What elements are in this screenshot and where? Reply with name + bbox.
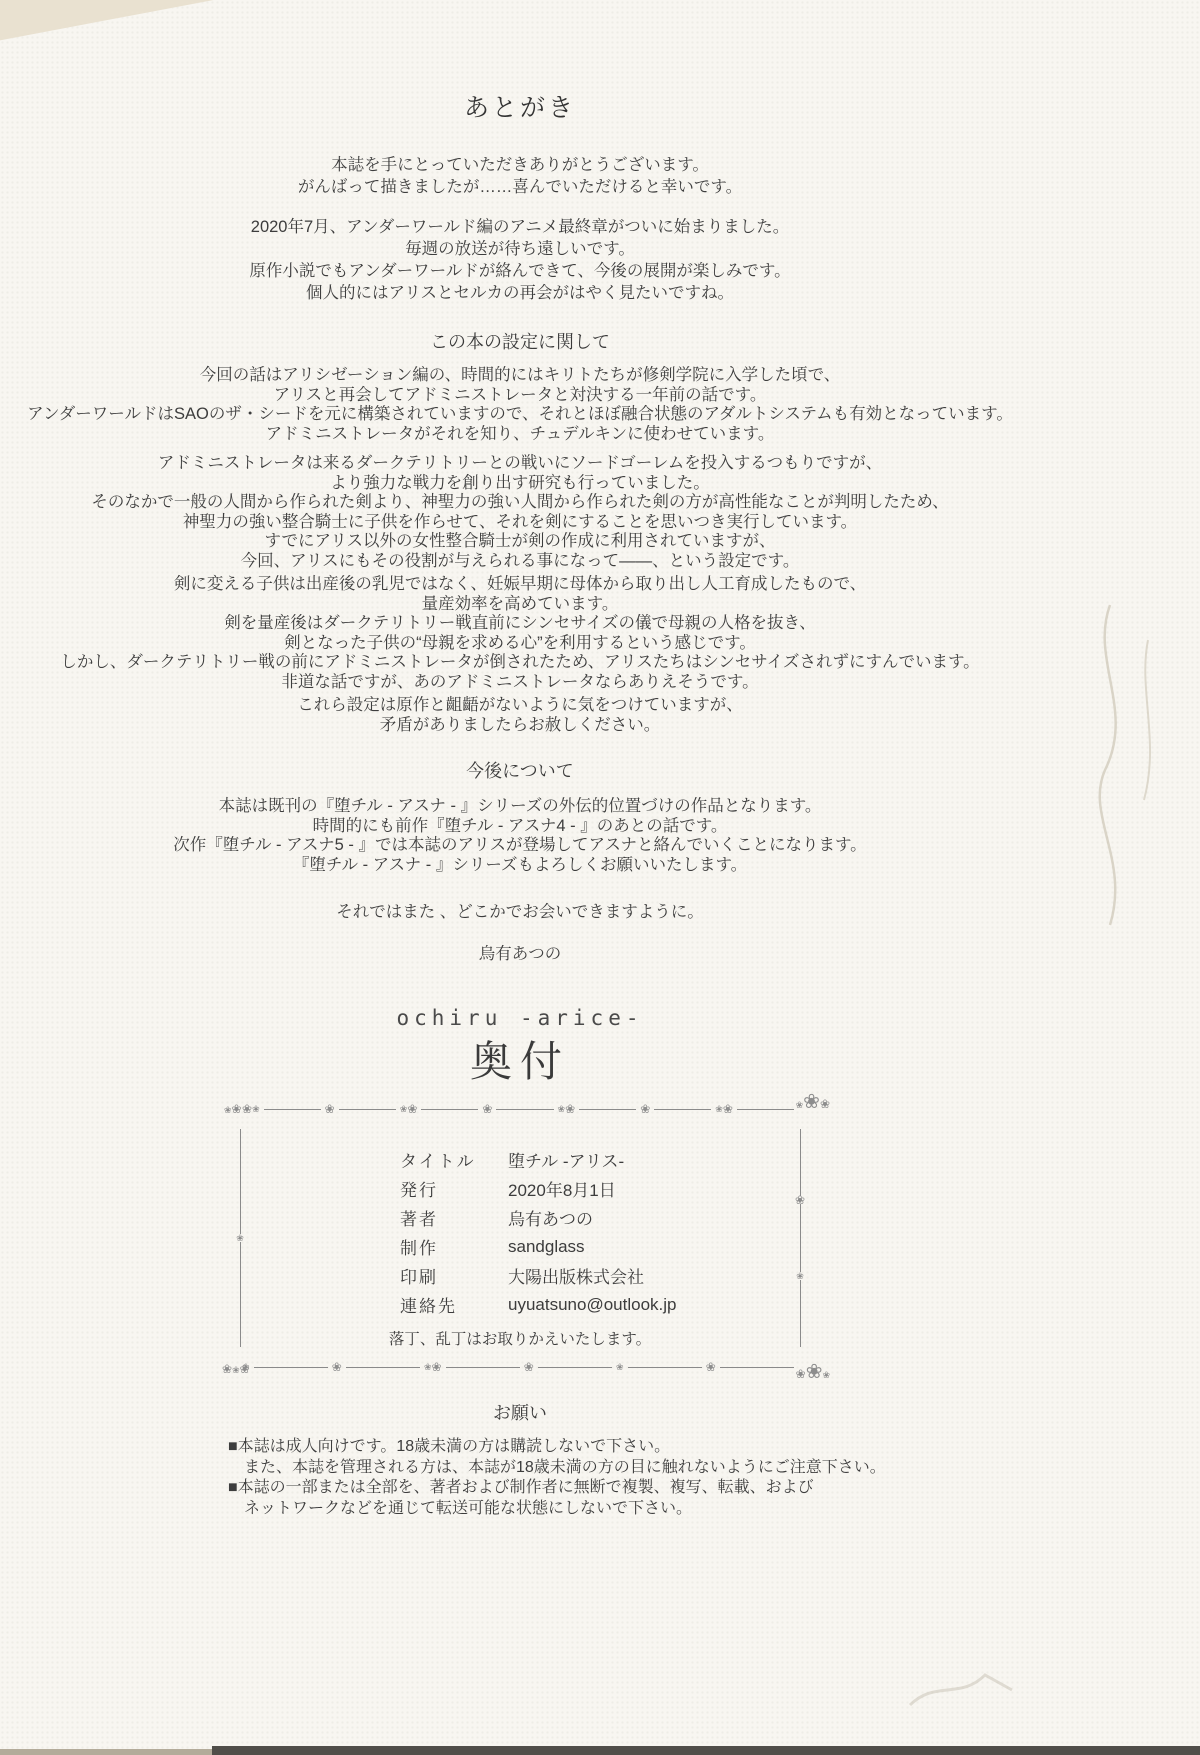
border-line — [446, 1367, 520, 1368]
border-line — [264, 1109, 321, 1110]
notice-heading: お願い — [0, 1399, 1040, 1425]
text-line: アドミニストレータがそれを知り、チュデルキンに使わせています。 — [0, 425, 1040, 445]
border-line — [800, 1204, 801, 1271]
text-line: 『堕チル - アスナ - 』シリーズもよろしくお願いいたします。 — [0, 856, 1040, 876]
future-heading: 今後について — [0, 757, 1040, 783]
text-line: しかし、ダークテリトリー戦の前にアドミニストレータが倒されたため、アリスたちはシ… — [0, 653, 1040, 673]
border-line — [654, 1109, 711, 1110]
colophon-row-label: タイトル — [400, 1147, 508, 1172]
scan-edge-dark-bar — [212, 1746, 1200, 1755]
text-line: アドミニストレータは来るダークテリトリーとの戦いにソードゴーレムを投入するつもり… — [0, 454, 1040, 474]
border-line — [538, 1367, 612, 1368]
text-line: 剣を量産後はダークテリトリー戦直前にシンセサイズの儀で母親の人格を抜き、 — [0, 614, 1040, 634]
colophon-row-value: 2020年8月1日 — [508, 1176, 616, 1201]
text-line: 個人的にはアリスとセルカの再会がはやく見たいですね。 — [0, 282, 1040, 304]
afterword-page-content: あとがき 本誌を手にとっていただきありがとうございます。がんばって描きましたが…… — [0, 0, 1040, 1519]
colophon-row-value: uyuatsuno@outlook.jp — [508, 1295, 676, 1315]
text-line: ネットワークなどを通じて転送可能な状態にしないで下さい。 — [228, 1499, 1040, 1520]
series-latin-title: ochiru -arice- — [0, 1005, 1040, 1031]
afterword-title: あとがき — [0, 88, 1040, 124]
colophon-row: 著者烏有あつの — [400, 1203, 800, 1232]
border-line — [720, 1367, 794, 1368]
notice-list: ■本誌は成人向けです。18歳未満の方は購読しないで下さい。 また、本誌を管理され… — [228, 1437, 1040, 1519]
scan-edge-light-bar — [0, 1749, 212, 1755]
colophon-row: 連絡先uyuatsuno@outlook.jp — [400, 1290, 800, 1319]
colophon-box: ❀❀ ❀ ❀❀ ❀ ❀❀ ❀ ❀❀ ❀ ❀ ❀❀ — [240, 1109, 800, 1367]
settings-heading: この本の設定に関して — [0, 328, 1040, 354]
flower-cluster-top-right: ❀❀❀ — [796, 1095, 830, 1113]
colophon-row-label: 制作 — [400, 1234, 508, 1259]
settings-paragraph-4: これら設定は原作と齟齬がないように気をつけていますが、矛盾がありましたらお赦しく… — [0, 696, 1040, 735]
text-line: 原作小説でもアンダーワールドが絡んできて、今後の展開が楽しみです。 — [0, 260, 1040, 282]
text-line: これら設定は原作と齟齬がないように気をつけていますが、 — [0, 696, 1040, 716]
text-line: また、本誌を管理される方は、本誌が18歳未満の方の目に触れないようにご注意下さい… — [228, 1458, 1040, 1479]
colophon-row-value: 烏有あつの — [508, 1205, 593, 1230]
scanned-page: あとがき 本誌を手にとっていただきありがとうございます。がんばって描きましたが…… — [0, 0, 1200, 1755]
text-line: 剣となった子供の“母親を求める心”を利用するという感じです。 — [0, 634, 1040, 654]
text-line: 今回、アリスにもその役割が与えられる事になって――、という設定です。 — [0, 552, 1040, 572]
text-line: より強力な戦力を創り出す研究も行っていました。 — [0, 474, 1040, 494]
colophon-row-value: sandglass — [508, 1237, 585, 1257]
text-line: 非道な話ですが、あのアドミニストレータならありえそうです。 — [0, 673, 1040, 693]
colophon-row-label: 印刷 — [400, 1263, 508, 1288]
settings-paragraph-3: 剣に変える子供は出産後の乳児ではなく、妊娠早期に母体から取り出し人工育成したもの… — [0, 575, 1040, 692]
text-line: 今回の話はアリシゼーション編の、時間的にはキリトたちが修剣学院に入学した頃で、 — [0, 366, 1040, 386]
border-line — [800, 1129, 801, 1196]
text-line: 神聖力の強い整合騎士に子供を作らせて、それを剣にすることを思いつき実行しています… — [0, 513, 1040, 533]
border-line — [346, 1367, 420, 1368]
flower-cluster-bottom-left: ❀❀❀ — [222, 1360, 250, 1378]
colophon-row: 印刷大陽出版株式会社 — [400, 1261, 800, 1290]
text-line: アンダーワールドはSAOのザ・シードを元に構築されていますので、それとほぼ融合状… — [0, 405, 1040, 425]
text-line: すでにアリス以外の女性整合騎士が剣の作成に利用されていますが、 — [0, 532, 1040, 552]
colophon-row-value: 堕チル -アリス- — [508, 1147, 624, 1172]
colophon-row: 発行2020年8月1日 — [400, 1174, 800, 1203]
colophon-row-label: 連絡先 — [400, 1292, 508, 1317]
border-line — [496, 1109, 553, 1110]
text-line: ■本誌の一部または全部を、著者および制作者に無断で複製、複写、転載、および — [228, 1478, 1040, 1499]
text-line: 矛盾がありましたらお赦しください。 — [0, 716, 1040, 736]
border-line — [800, 1280, 801, 1347]
border-line — [240, 1242, 241, 1347]
text-line: 本誌を手にとっていただきありがとうございます。 — [0, 154, 1040, 176]
anime-paragraph: 2020年7月、アンダーワールド編のアニメ最終章がついに始まりました。毎週の放送… — [0, 216, 1040, 304]
future-paragraph: 本誌は既刊の『堕チル - アスナ - 』シリーズの外伝的位置づけの作品となります… — [0, 797, 1040, 875]
colophon-row: タイトル堕チル -アリス- — [400, 1145, 800, 1174]
flower-cluster-top-left: ❀❀ — [224, 1100, 242, 1118]
text-line: 時間的にも前作『堕チル - アスナ4 - 』のあとの話です。 — [0, 817, 1040, 837]
flower-cluster-bottom-right: ❀❀❀ — [796, 1365, 830, 1383]
border-line — [254, 1367, 328, 1368]
settings-paragraph-2: アドミニストレータは来るダークテリトリーとの戦いにソードゴーレムを投入するつもり… — [0, 454, 1040, 571]
author-signature: 烏有あつの — [0, 943, 1040, 965]
border-line — [421, 1109, 478, 1110]
text-line: 剣に変える子供は出産後の乳児ではなく、妊娠早期に母体から取り出し人工育成したもの… — [0, 575, 1040, 595]
text-line: 次作『堕チル - アスナ5 - 』では本誌のアリスが登場してアスナと絡んでいくこ… — [0, 836, 1040, 856]
text-line: 2020年7月、アンダーワールド編のアニメ最終章がついに始まりました。 — [0, 216, 1040, 238]
text-line: 量産効率を高めています。 — [0, 595, 1040, 615]
colophon-note: 落丁、乱丁はお取りかえいたします。 — [240, 1327, 800, 1349]
border-line — [628, 1367, 702, 1368]
colophon-row-label: 発行 — [400, 1176, 508, 1201]
colophon-table: タイトル堕チル -アリス-発行2020年8月1日著者烏有あつの制作sandgla… — [400, 1145, 800, 1319]
border-line — [339, 1109, 396, 1110]
text-line: がんばって描きましたが……喜んでいただけると幸いです。 — [0, 176, 1040, 198]
settings-paragraph-1: 今回の話はアリシゼーション編の、時間的にはキリトたちが修剣学院に入学した頃で、ア… — [0, 366, 1040, 444]
border-line — [240, 1129, 241, 1234]
colophon-row-value: 大陽出版株式会社 — [508, 1263, 644, 1288]
text-line: そのなかで一般の人間から作られた剣より、神聖力の強い人間から作られた剣の方が高性… — [0, 493, 1040, 513]
farewell-line: それではまた 、どこかでお会いできますように。 — [0, 901, 1040, 923]
text-line: 毎週の放送が待ち遠しいです。 — [0, 238, 1040, 260]
border-line — [737, 1109, 794, 1110]
colophon-row: 制作sandglass — [400, 1232, 800, 1261]
text-line: ■本誌は成人向けです。18歳未満の方は購読しないで下さい。 — [228, 1437, 1040, 1458]
text-line: アリスと再会してアドミニストレータと対決する一年前の話です。 — [0, 386, 1040, 406]
colophon-row-label: 著者 — [400, 1205, 508, 1230]
intro-paragraph: 本誌を手にとっていただきありがとうございます。がんばって描きましたが……喜んでい… — [0, 154, 1040, 198]
border-line — [579, 1109, 636, 1110]
colophon-heading: 奥付 — [0, 1039, 1040, 1085]
text-line: 本誌は既刊の『堕チル - アスナ - 』シリーズの外伝的位置づけの作品となります… — [0, 797, 1040, 817]
